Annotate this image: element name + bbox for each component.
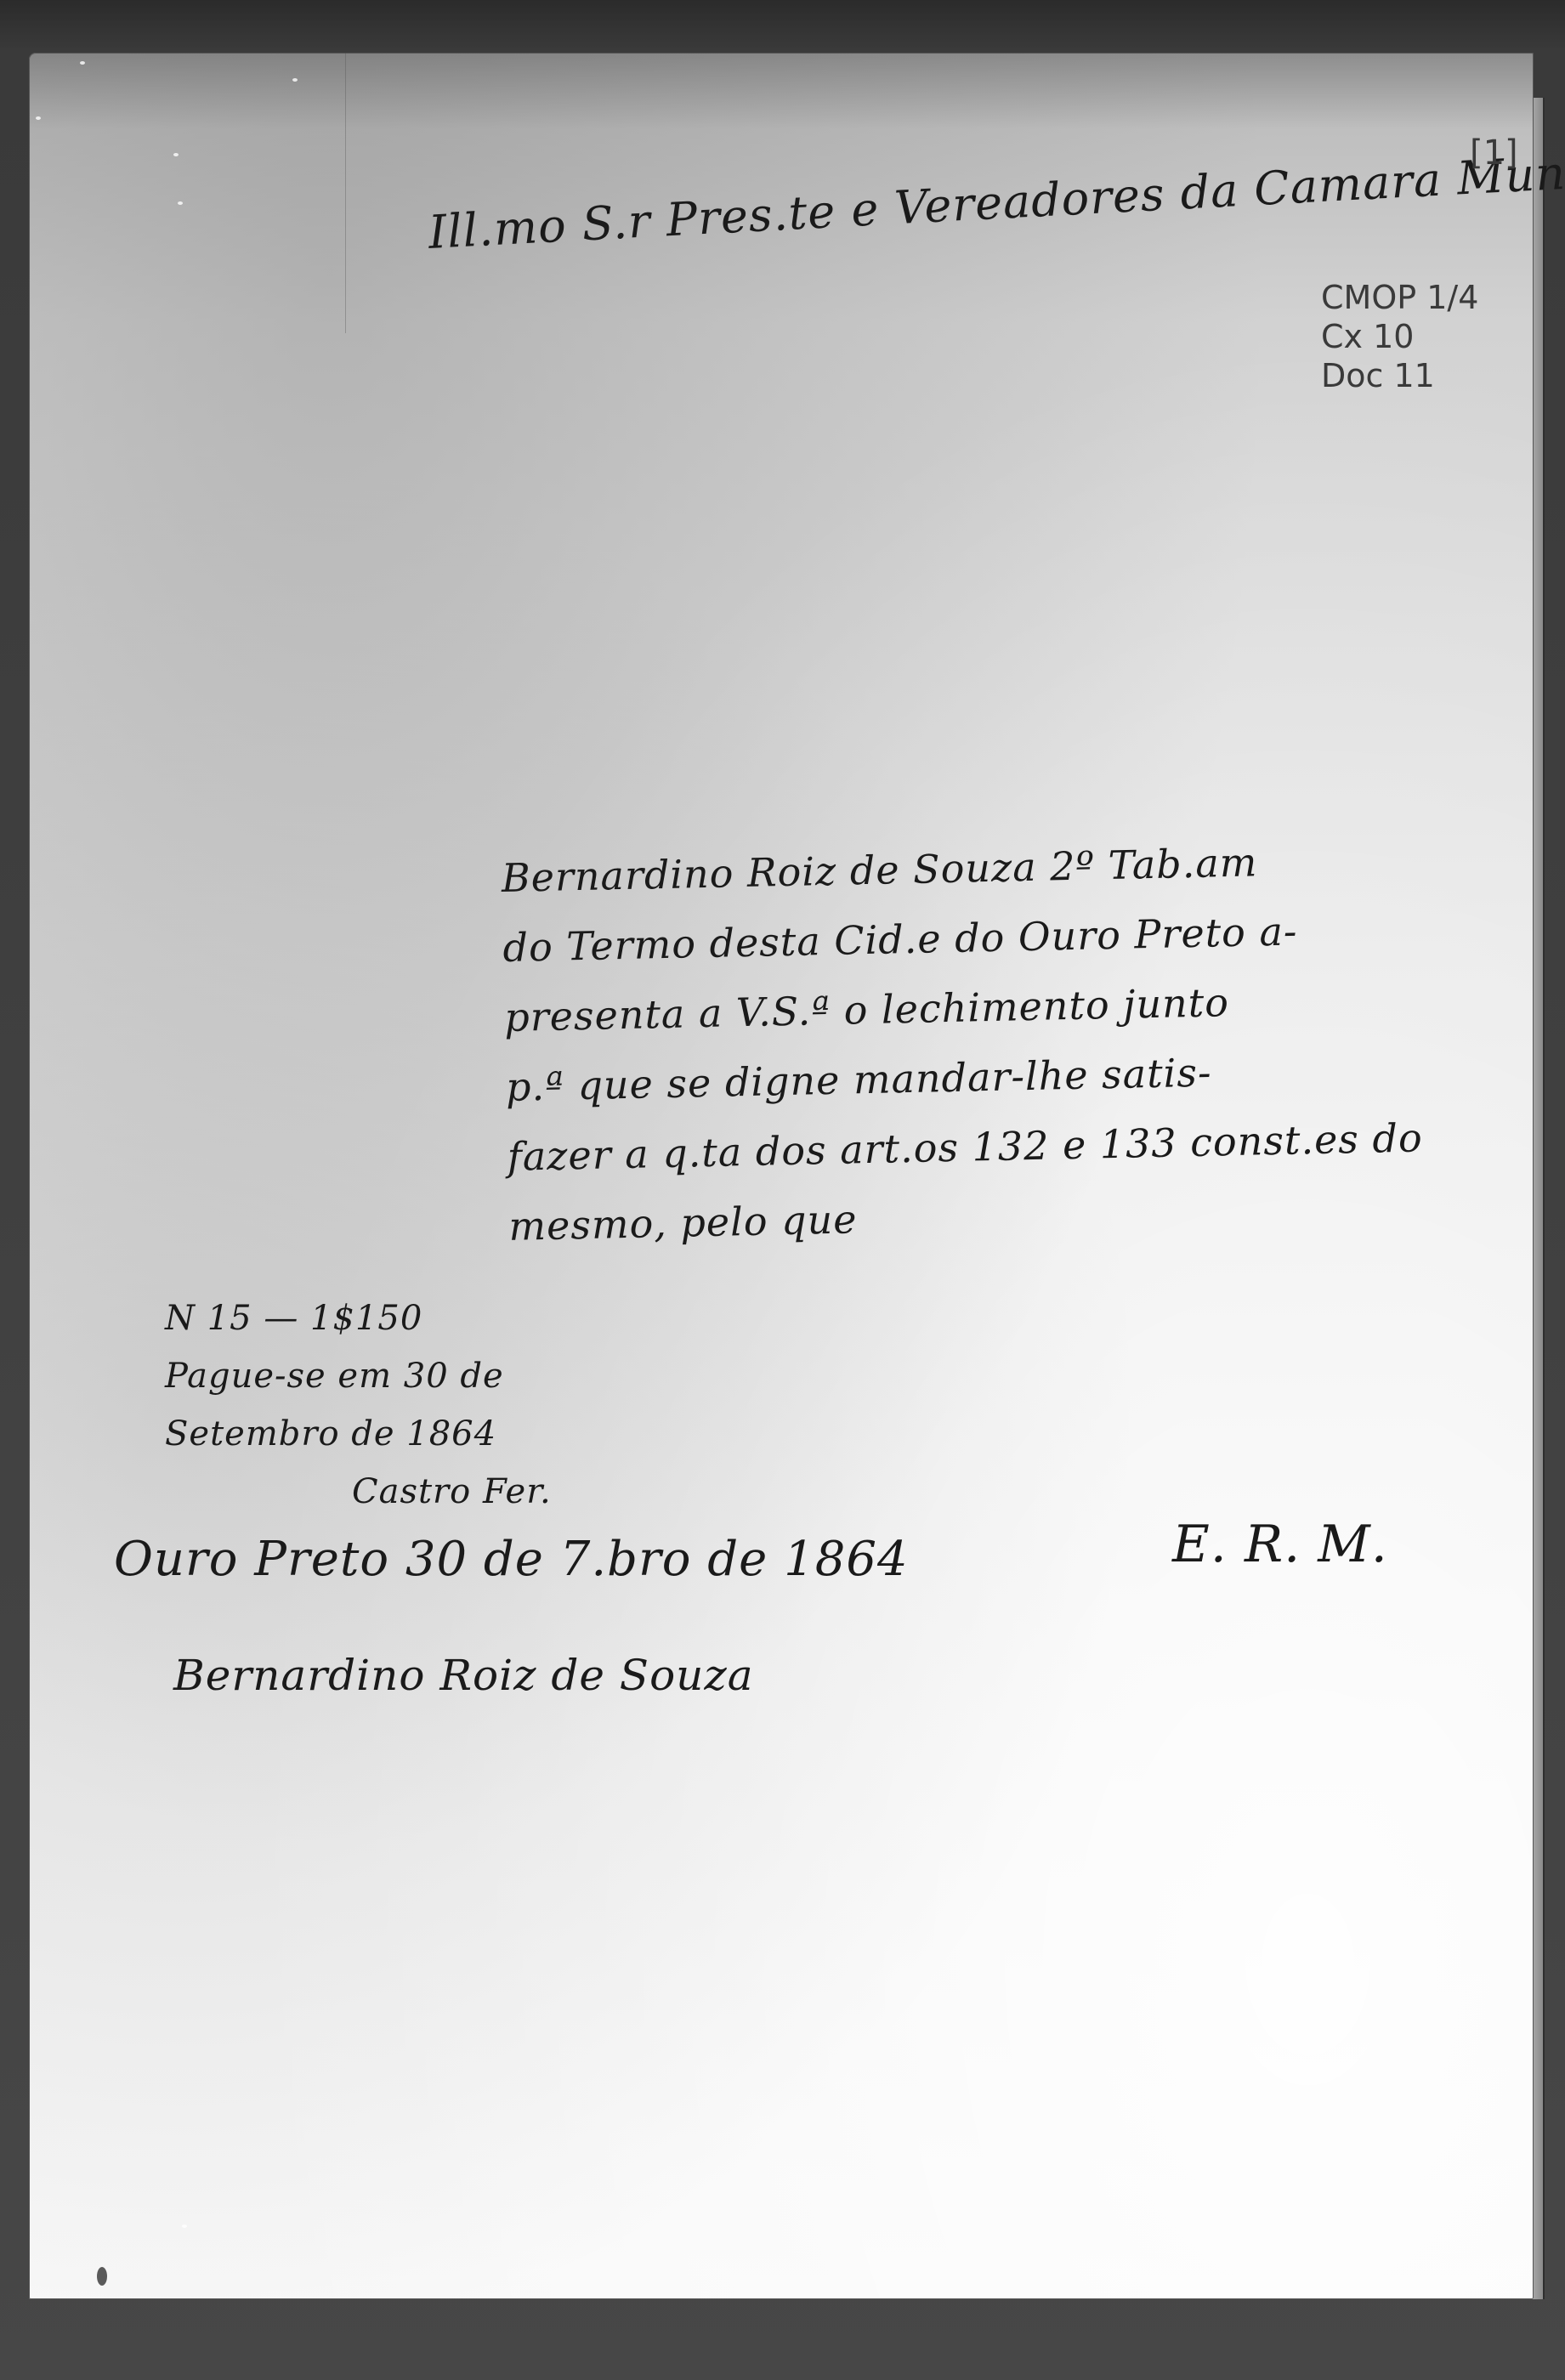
payment-note: N 15 — 1$150 Pague-se em 30 de Setembro …	[165, 1289, 552, 1521]
document-page: Ill.mo S.r Pres.te e Vereadores da Camar…	[29, 53, 1534, 2299]
petition-body: Bernardino Roiz de Souza 2º Tab.am do Te…	[501, 824, 1425, 1261]
paper-speck	[173, 153, 179, 156]
petitioner-signature: Bernardino Roiz de Souza	[173, 1651, 754, 1700]
paper-speck	[292, 78, 298, 82]
archive-note-box: Cx 10	[1321, 317, 1478, 356]
closing-initials: E. R. M.	[1172, 1515, 1388, 1574]
archive-note-fund: CMOP 1/4	[1321, 278, 1478, 317]
paper-speck	[178, 201, 183, 205]
paper-speck	[80, 61, 85, 65]
note-line-number-amount: N 15 — 1$150	[165, 1289, 552, 1347]
paper-speck	[36, 116, 41, 120]
page-number-ref: [1]	[1470, 133, 1518, 173]
note-line-date: Setembro de 1864	[165, 1405, 552, 1463]
place-and-date: Ouro Preto 30 de 7.bro de 1864	[114, 1532, 909, 1587]
ink-blot	[97, 2267, 107, 2286]
fold-line	[345, 53, 346, 333]
note-line-authorizer: Castro Fer.	[165, 1463, 552, 1521]
note-line-order: Pague-se em 30 de	[165, 1347, 552, 1405]
paper-speck	[182, 2224, 187, 2228]
addressee-heading: Ill.mo S.r Pres.te e Vereadores da Camar…	[427, 143, 1565, 259]
archive-note-doc: Doc 11	[1321, 356, 1478, 395]
archive-reference-notes: [1] CMOP 1/4 Cx 10 Doc 11	[1321, 278, 1478, 395]
